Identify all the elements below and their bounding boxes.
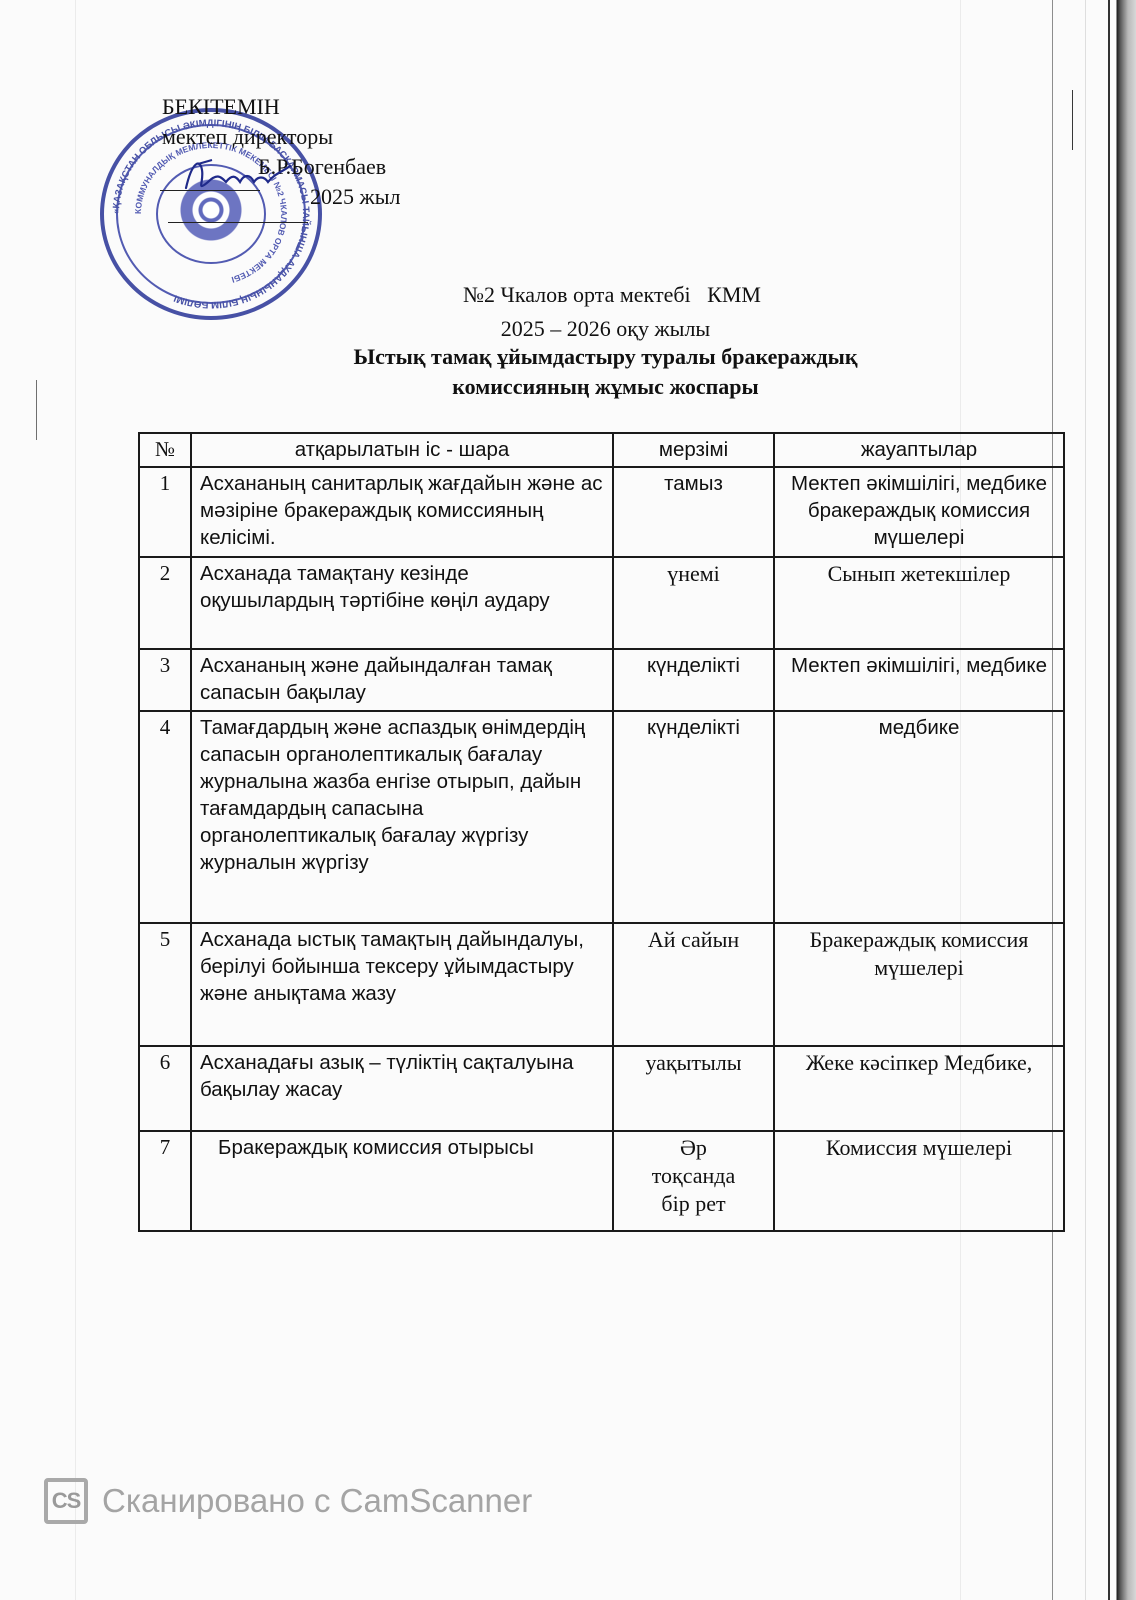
date-line [168, 222, 308, 223]
row-responsible: Сынып жетекшілер [774, 557, 1064, 649]
row-activity: Асханадағы азық – түліктің сақталуына ба… [191, 1046, 613, 1131]
table-header-row: № атқарылатын іс - шара мерзімі жауаптыл… [139, 433, 1064, 467]
approval-title: БЕКІТЕМІН [162, 92, 280, 121]
row-responsible: Комиссия мүшелері [774, 1131, 1064, 1231]
row-responsible: Мектеп әкімшілігі, медбике бракераждық к… [774, 467, 1064, 557]
approval-year: 2025 жыл [310, 182, 400, 211]
row-period: Әр тоқсанда бір рет [613, 1131, 774, 1231]
work-plan-table: № атқарылатын іс - шара мерзімі жауаптыл… [138, 432, 1065, 1232]
row-period: күнделікті [613, 711, 774, 923]
column-header-responsible: жауаптылар [774, 433, 1064, 467]
row-number: 6 [139, 1046, 191, 1131]
director-signature [178, 152, 298, 198]
camscanner-logo-icon: CS [44, 1478, 88, 1524]
row-number: 4 [139, 711, 191, 923]
row-period: Ай сайын [613, 923, 774, 1046]
row-responsible: медбике [774, 711, 1064, 923]
page-edge-shadow [1110, 0, 1136, 1600]
camscanner-watermark: CS Сканировано с CamScanner [44, 1478, 532, 1524]
scan-artifact [75, 0, 76, 1600]
row-activity: Тамағдардың және аспаздық өнімдердің сап… [191, 711, 613, 923]
row-responsible: Мектеп әкімшілігі, медбике [774, 649, 1064, 711]
row-activity: Асхананың және дайындалған тамақ сапасын… [191, 649, 613, 711]
scan-artifact [1085, 0, 1086, 1600]
row-number: 1 [139, 467, 191, 557]
column-header-period: мерзімі [613, 433, 774, 467]
table-row: 5 Асханада ыстық тамақтың дайындалуы, бе… [139, 923, 1064, 1046]
row-period: тамыз [613, 467, 774, 557]
document-title-line2: комиссияның жұмыс жоспары [0, 374, 1136, 400]
column-header-activity: атқарылатын іс - шара [191, 433, 613, 467]
school-name: №2 Чкалов орта мектебі КММ [0, 282, 1136, 308]
row-period: күнделікті [613, 649, 774, 711]
table-row: 7 Бракераждық комиссия отырысы Әр тоқсан… [139, 1131, 1064, 1231]
row-number: 5 [139, 923, 191, 1046]
academic-year: 2025 – 2026 оқу жылы [0, 316, 1136, 342]
row-period-text: Әр тоқсанда бір рет [652, 1135, 736, 1216]
scan-artifact [1072, 90, 1073, 150]
row-period: үнемі [613, 557, 774, 649]
table-row: 1 Асхананың санитарлық жағдайын және ас … [139, 467, 1064, 557]
column-header-number: № [139, 433, 191, 467]
table-row: 2 Асханада тамақтану кезінде оқушылардың… [139, 557, 1064, 649]
row-activity: Бракераждық комиссия отырысы [191, 1131, 613, 1231]
approval-position: мектеп директоры [162, 122, 333, 151]
table-row: 3 Асхананың және дайындалған тамақ сапас… [139, 649, 1064, 711]
row-activity: Асханада ыстық тамақтың дайындалуы, бері… [191, 923, 613, 1046]
row-responsible: Бракераждық комиссия мүшелері [774, 923, 1064, 1046]
watermark-text: Сканировано с CamScanner [102, 1482, 532, 1520]
row-activity: Асханада тамақтану кезінде оқушылардың т… [191, 557, 613, 649]
row-activity: Асхананың санитарлық жағдайын және ас мә… [191, 467, 613, 557]
row-number: 7 [139, 1131, 191, 1231]
table-row: 4 Тамағдардың және аспаздық өнімдердің с… [139, 711, 1064, 923]
table-row: 6 Асханадағы азық – түліктің сақталуына … [139, 1046, 1064, 1131]
row-responsible: Жеке кәсіпкер Медбике, [774, 1046, 1064, 1131]
row-number: 2 [139, 557, 191, 649]
row-period: уақытылы [613, 1046, 774, 1131]
document-title-line1: Ыстық тамақ ұйымдастыру туралы бракеражд… [0, 344, 1136, 370]
row-number: 3 [139, 649, 191, 711]
